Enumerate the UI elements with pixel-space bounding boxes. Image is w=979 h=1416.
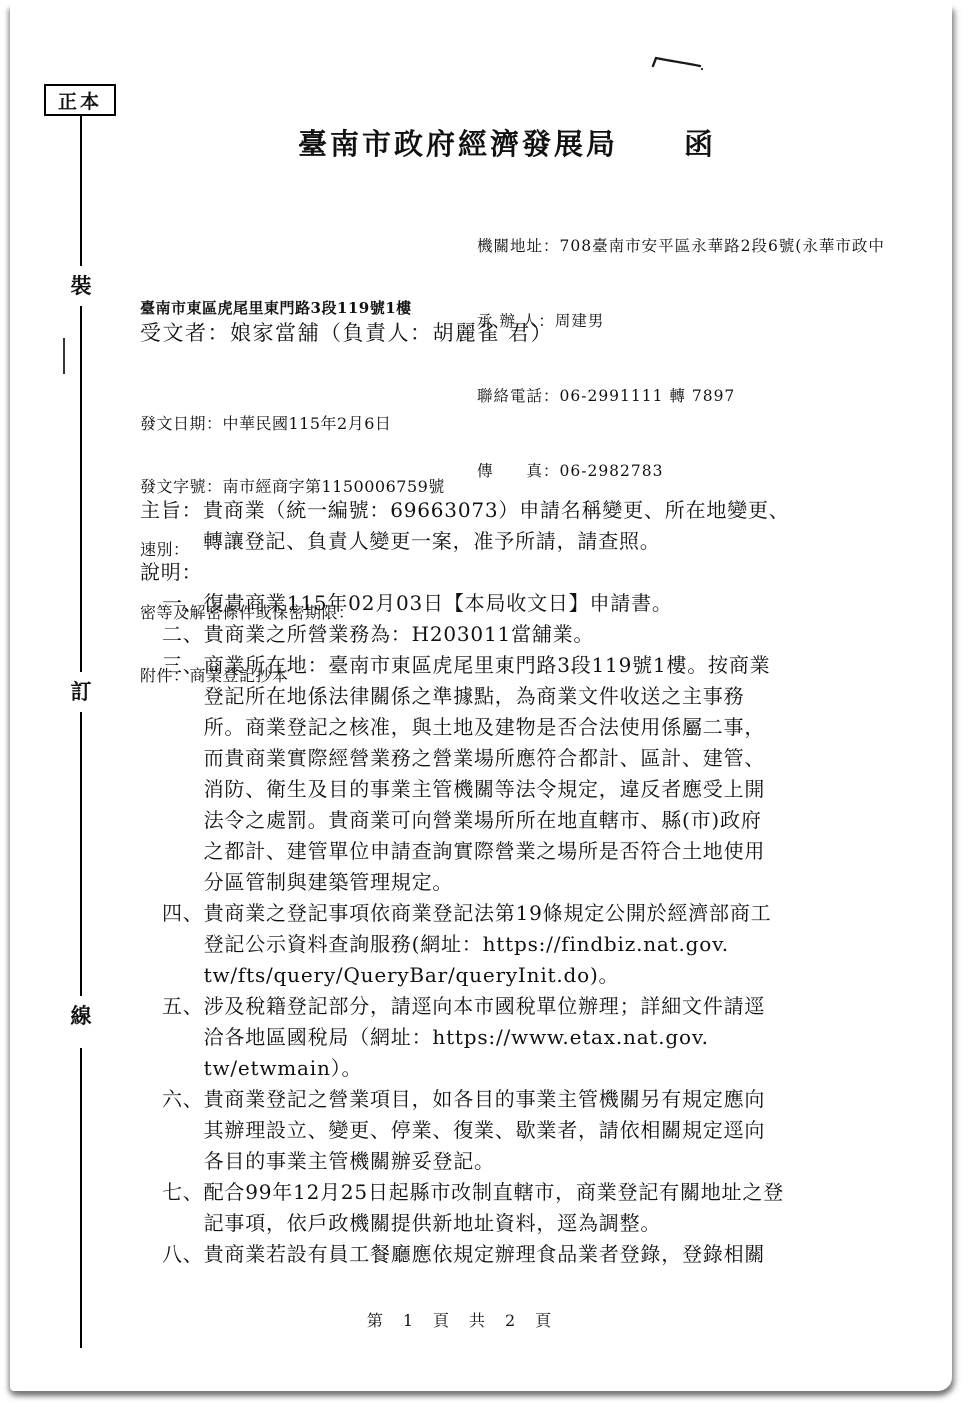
explanation-item-5: 五、 涉及稅籍登記部分，請逕向本市國稅單位辦理；詳細文件請逕 洽各地區國稅局（網… — [162, 991, 870, 1084]
binding-line-segment — [80, 116, 82, 266]
item-text: 貴商業之所營業務為：H203011當舖業。 — [204, 619, 870, 650]
agency-address: 機關地址：708臺南市安平區永華路2段6號(永華市政中 — [477, 234, 885, 259]
item-text: 涉及稅籍登記部分，請逕向本市國稅單位辦理；詳細文件請逕 洽各地區國稅局（網址：h… — [204, 991, 870, 1084]
explanation-item-2: 二、 貴商業之所營業務為：H203011當舖業。 — [162, 619, 870, 650]
item-number: 五、 — [162, 991, 204, 1022]
item-number: 六、 — [162, 1084, 204, 1115]
page-number: 第 1 頁 共 2 頁 — [320, 1308, 600, 1331]
letter-body: 主旨： 貴商業（統一編號：69663073）申請名稱變更、所在地變更、 轉讓登記… — [140, 495, 870, 1270]
recipient-line: 受文者：娘家當舖（負責人：胡麗雀 君） — [140, 317, 553, 347]
explanation-item-6: 六、 貴商業登記之營業項目，如各目的事業主管機關另有規定應向 其辦理設立、變更、… — [162, 1084, 870, 1177]
explanation-item-4: 四、 貴商業之登記事項依商業登記法第19條規定公開於經濟部商工 登記公示資料查詢… — [162, 898, 870, 991]
copy-type-box: 正本 — [44, 84, 116, 116]
binding-line-artifact — [63, 338, 65, 374]
item-number: 七、 — [162, 1177, 204, 1208]
document-number: 發文字號：南市經商字第1150006759號 — [140, 476, 445, 497]
contact-phone: 聯絡電話：06-2991111 轉 7897 — [477, 384, 885, 409]
explanation-item-1: 一、 復貴商業115年02月03日【本局收文日】申請書。 — [162, 588, 870, 619]
item-text: 商業所在地：臺南市東區虎尾里東門路3段119號1樓。按商業 登記所在地係法律關係… — [204, 650, 870, 898]
document-type: 函 — [684, 127, 716, 161]
item-text: 貴商業之登記事項依商業登記法第19條規定公開於經濟部商工 登記公示資料查詢服務(… — [204, 898, 870, 991]
recipient-address: 臺南市東區虎尾里東門路3段119號1樓 — [140, 297, 412, 318]
item-text: 復貴商業115年02月03日【本局收文日】申請書。 — [204, 588, 870, 619]
item-text: 貴商業登記之營業項目，如各目的事業主管機關另有規定應向 其辦理設立、變更、停業、… — [204, 1084, 870, 1177]
issuing-agency-name: 臺南市政府經濟發展局 — [298, 127, 618, 161]
item-number: 八、 — [162, 1239, 204, 1270]
item-text: 貴商業若設有員工餐廳應依規定辦理食品業者登錄，登錄相關 — [204, 1239, 870, 1270]
binding-label-xian: 線 — [66, 1000, 96, 1030]
item-number: 一、 — [162, 588, 204, 619]
copy-type-label: 正本 — [58, 87, 102, 114]
explanation-label: 說明： — [140, 557, 870, 588]
agency-contact-block: 機關地址：708臺南市安平區永華路2段6號(永華市政中 承 辦 人：周建男 聯絡… — [477, 184, 885, 534]
binding-line-segment — [80, 1048, 82, 1348]
explanation-item-8: 八、 貴商業若設有員工餐廳應依規定辦理食品業者登錄，登錄相關 — [162, 1239, 870, 1270]
item-text: 配合99年12月25日起縣市改制直轄市，商業登記有關地址之登 記事項，依戶政機關… — [204, 1177, 870, 1239]
subject-text: 貴商業（統一編號：69663073）申請名稱變更、所在地變更、 轉讓登記、負責人… — [203, 495, 870, 557]
subject-row: 主旨： 貴商業（統一編號：69663073）申請名稱變更、所在地變更、 轉讓登記… — [140, 495, 870, 557]
item-number: 三、 — [162, 650, 204, 681]
binding-label-zhuang: 裝 — [66, 270, 96, 300]
explanation-item-3: 三、 商業所在地：臺南市東區虎尾里東門路3段119號1樓。按商業 登記所在地係法… — [162, 650, 870, 898]
item-number: 二、 — [162, 619, 204, 650]
subject-label: 主旨： — [140, 495, 203, 526]
document-title: 臺南市政府經濟發展局函 — [298, 122, 716, 163]
issue-date: 發文日期：中華民國115年2月6日 — [140, 413, 445, 434]
explanation-item-7: 七、 配合99年12月25日起縣市改制直轄市，商業登記有關地址之登 記事項，依戶… — [162, 1177, 870, 1239]
binding-label-ding: 訂 — [66, 676, 96, 706]
binding-line-segment — [80, 712, 82, 996]
item-number: 四、 — [162, 898, 204, 929]
contact-fax: 傳 真：06-2982783 — [477, 459, 885, 484]
scanned-official-letter: 正本 裝 訂 線 臺南市政府經濟發展局函 機關地址：708臺南市安平區永華路2段… — [0, 0, 979, 1416]
pen-mark — [648, 48, 710, 76]
binding-line-segment — [80, 306, 82, 672]
